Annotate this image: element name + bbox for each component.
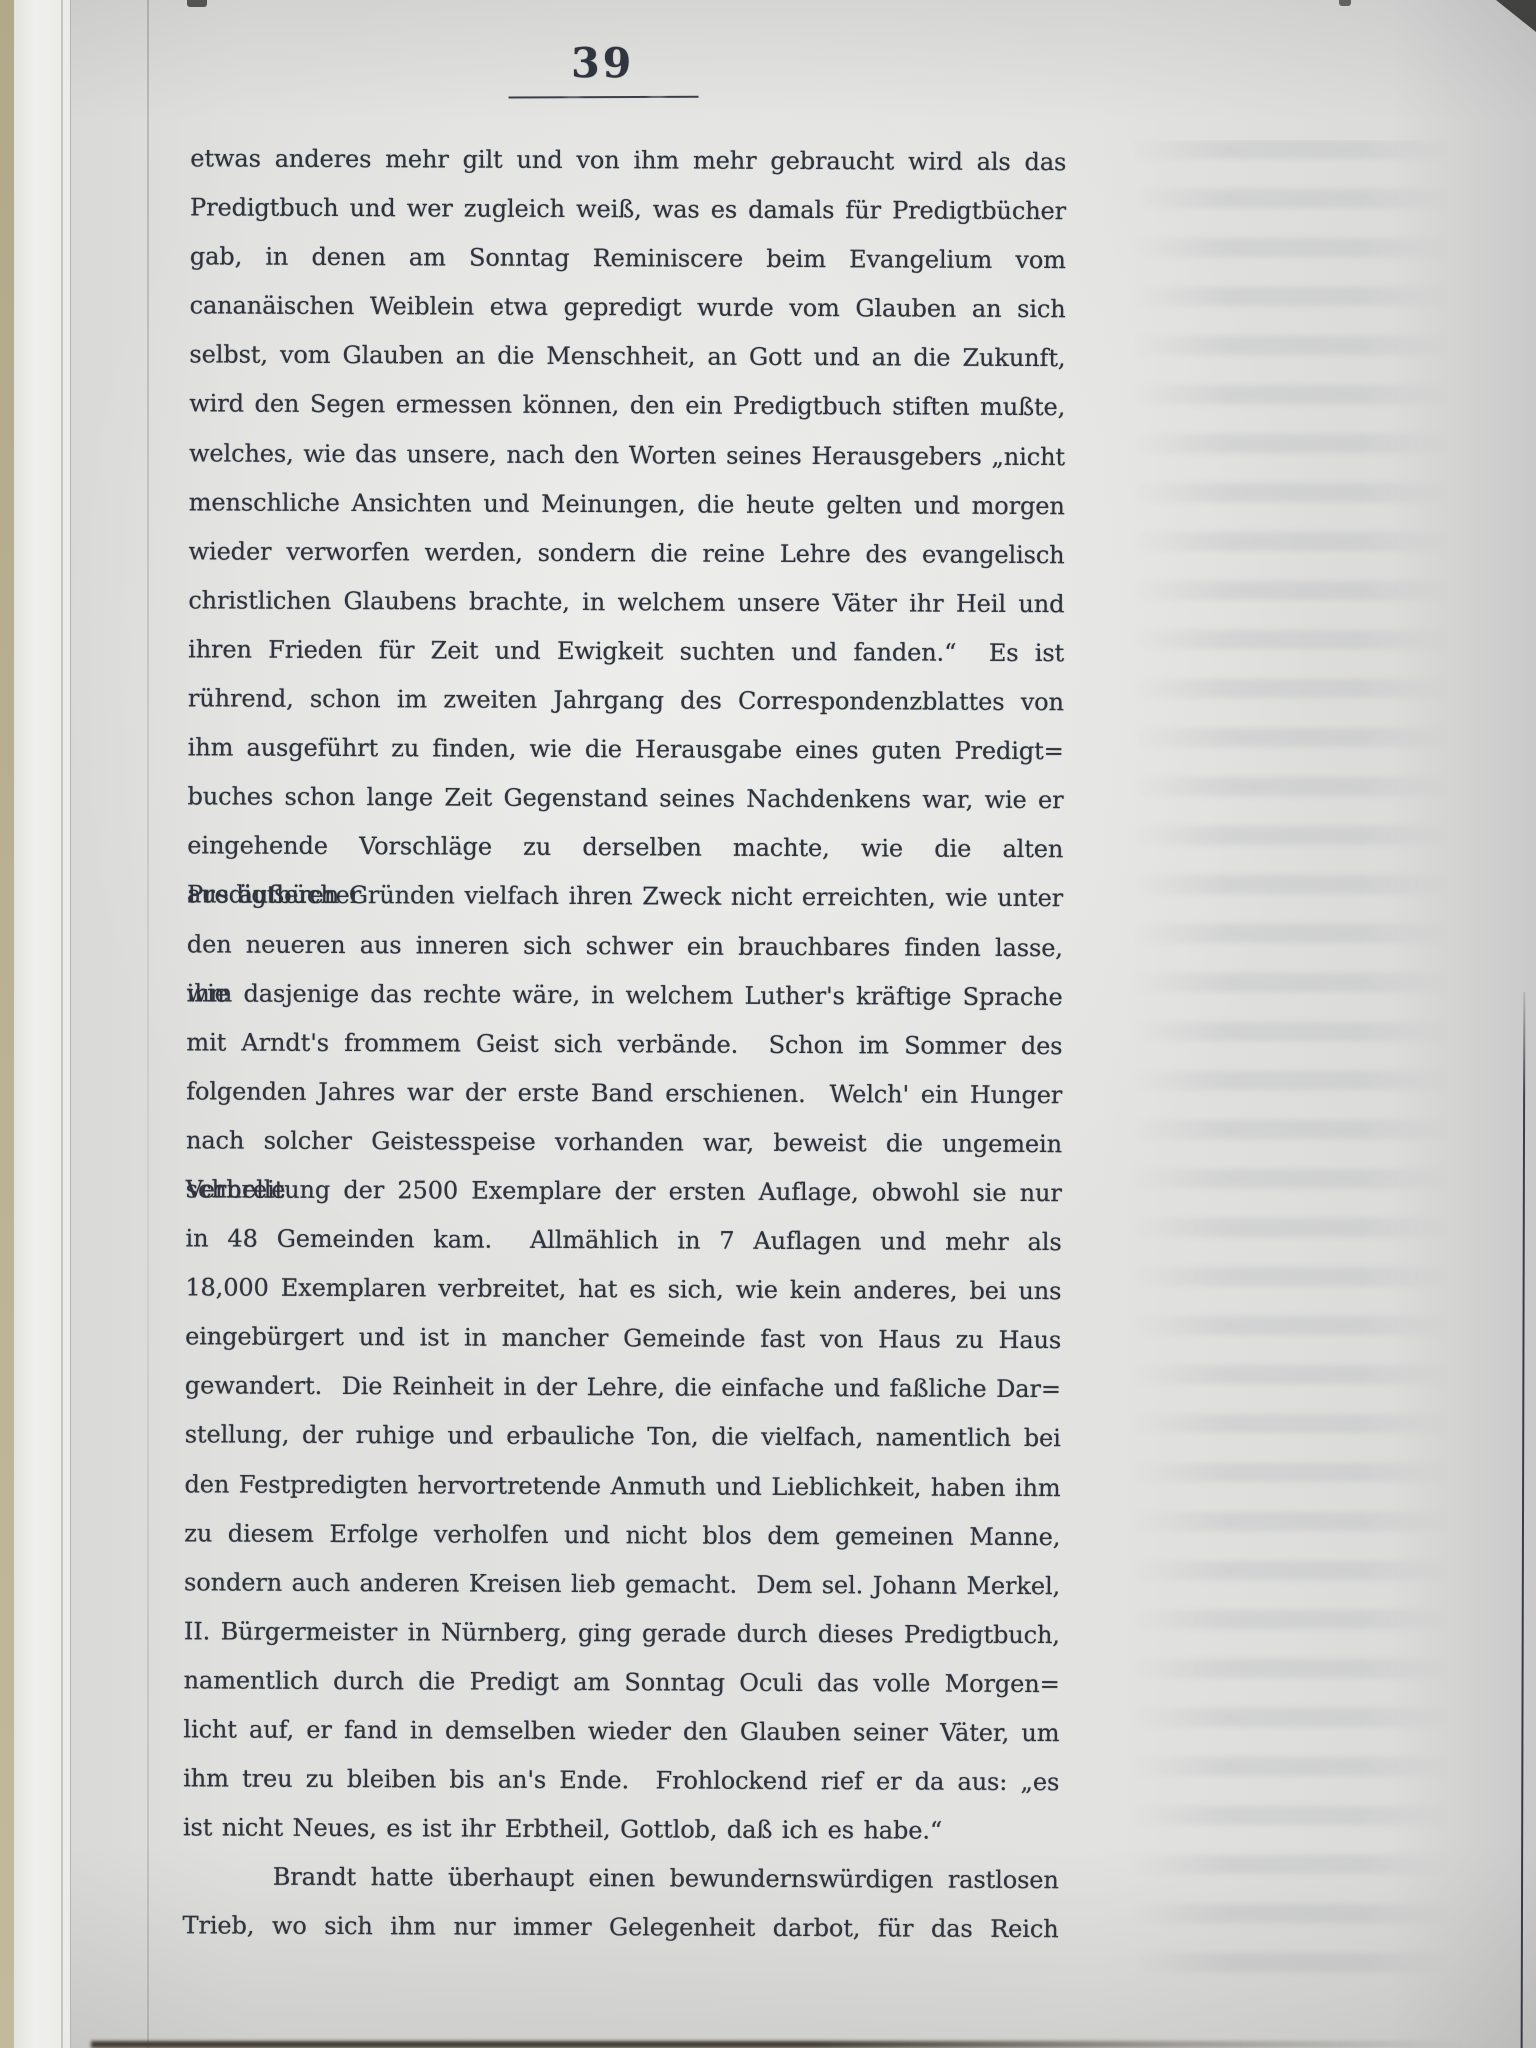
- text-line: mit Arndt's frommem Geist sich verbände.…: [186, 1018, 1062, 1071]
- text-line: menschliche Ansichten und Meinungen, die…: [189, 478, 1065, 531]
- text-line: den neueren aus inneren sich schwer ein …: [187, 920, 1063, 973]
- header-rule: [509, 96, 699, 99]
- page-number: 39: [571, 39, 634, 87]
- text-line: ihm ausgeführt zu finden, wie die Heraus…: [188, 723, 1064, 776]
- text-line: den Festpredigten hervortretende Anmuth …: [184, 1460, 1060, 1513]
- text-line: in 48 Gemeinden kam. Allmählich in 7 Auf…: [185, 1214, 1061, 1267]
- text-line: Brandt hatte überhaupt einen bewundernsw…: [183, 1853, 1059, 1906]
- text-line: wird den Segen ermessen können, den ein …: [189, 380, 1065, 433]
- text-line: buches schon lange Zeit Gegenstand seine…: [187, 773, 1063, 826]
- text-line: ihm dasjenige das rechte wäre, in welche…: [187, 969, 1063, 1022]
- text-line: licht auf, er fand in demselben wieder d…: [183, 1705, 1059, 1758]
- text-line: selbst, vom Glauben an die Menschheit, a…: [189, 331, 1065, 384]
- text-line: folgenden Jahres war der erste Band ersc…: [186, 1067, 1062, 1120]
- text-line: ihm treu zu bleiben bis an's Ende. Frohl…: [183, 1754, 1059, 1807]
- book-page: 39 etwas anderes mehr gilt und von ihm m…: [70, 0, 1536, 2048]
- text-line: aus äußeren Gründen vielfach ihren Zweck…: [187, 871, 1063, 924]
- text-line: ist nicht Neues, es ist ihr Erbtheil, Go…: [183, 1803, 1059, 1856]
- text-line: Verbreitung der 2500 Exemplare der erste…: [186, 1165, 1062, 1218]
- text-line: rührend, schon im zweiten Jahrgang des C…: [188, 674, 1064, 727]
- text-line: gewandert. Die Reinheit in der Lehre, di…: [185, 1362, 1061, 1415]
- text-line: Trieb, wo sich ihm nur immer Gelegenheit…: [182, 1902, 1058, 1955]
- text-line: wieder verworfen werden, sondern die rei…: [188, 527, 1064, 580]
- text-line: namentlich durch die Predigt am Sonntag …: [184, 1656, 1060, 1709]
- text-line: II. Bürgermeister in Nürnberg, ging gera…: [184, 1607, 1060, 1660]
- text-line: gab, in denen am Sonntag Reminiscere bei…: [190, 233, 1066, 286]
- text-line: stellung, der ruhige und erbauliche Ton,…: [185, 1411, 1061, 1464]
- printed-content: 39 etwas anderes mehr gilt und von ihm m…: [62, 0, 1536, 2048]
- page-bottom-shadow: [91, 2041, 1536, 2048]
- text-line: etwas anderes mehr gilt und von ihm mehr…: [190, 134, 1066, 187]
- text-line: 18,000 Exemplaren verbreitet, hat es sic…: [185, 1263, 1061, 1316]
- text-line: sondern auch anderen Kreisen lieb gemach…: [184, 1558, 1060, 1611]
- text-line: zu diesem Erfolge verholfen und nicht bl…: [184, 1509, 1060, 1562]
- text-line: christlichen Glaubens brachte, in welche…: [188, 576, 1064, 629]
- text-line: eingebürgert und ist in mancher Gemeinde…: [185, 1313, 1061, 1366]
- text-line: ihren Frieden für Zeit und Ewigkeit such…: [188, 625, 1064, 678]
- text-line: eingehende Vorschläge zu derselben macht…: [187, 822, 1063, 875]
- book-scan-photo: 39 etwas anderes mehr gilt und von ihm m…: [0, 0, 1536, 2048]
- page-header: 39: [191, 37, 1067, 100]
- body-text: etwas anderes mehr gilt und von ihm mehr…: [182, 134, 1066, 1954]
- text-line: cananäischen Weiblein etwa gepredigt wur…: [190, 282, 1066, 335]
- text-line: welches, wie das unsere, nach den Worten…: [189, 429, 1065, 482]
- text-line: nach solcher Geistesspeise vorhanden war…: [186, 1116, 1062, 1169]
- text-line: Predigtbuch und wer zugleich weiß, was e…: [190, 183, 1066, 236]
